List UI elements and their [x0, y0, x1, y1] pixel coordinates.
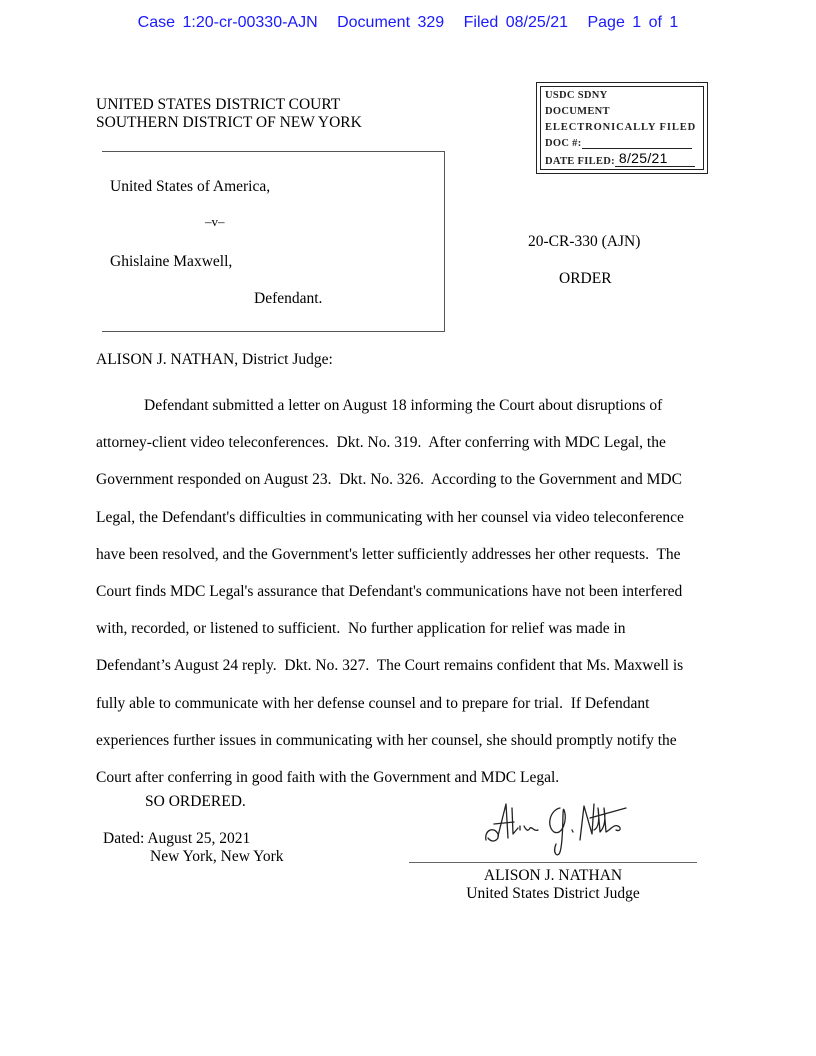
body-line: Defendant submitted a letter on August 1… — [96, 387, 712, 424]
order-body: Defendant submitted a letter on August 1… — [96, 387, 712, 796]
body-line: Court after conferring in good faith wit… — [96, 759, 712, 796]
body-line: Defendant’s August 24 reply. Dkt. No. 32… — [96, 647, 712, 684]
court-district: SOUTHERN DISTRICT OF NEW YORK — [96, 114, 362, 132]
body-line: experiences further issues in communicat… — [96, 722, 712, 759]
page-count-stamp: Page 1 of 1 — [587, 14, 678, 31]
body-line: attorney-client video teleconferences. D… — [96, 424, 712, 461]
body-line: Court finds MDC Legal's assurance that D… — [96, 573, 712, 610]
dated-block: Dated: August 25, 2021 New York, New Yor… — [103, 830, 284, 866]
stamp-doc-number: DOC #: — [545, 137, 692, 149]
stamp-doc-label: DOC #: — [545, 138, 582, 149]
body-line: Government responded on August 23. Dkt. … — [96, 461, 712, 498]
stamp-doc-value — [582, 137, 692, 149]
court-name: UNITED STATES DISTRICT COURT — [96, 96, 362, 114]
document-number-stamp: Document 329 — [337, 14, 444, 31]
defendant-name: Ghislaine Maxwell, — [110, 253, 232, 271]
signature-line — [409, 862, 697, 863]
body-line: with, recorded, or listened to sufficien… — [96, 610, 712, 647]
court-heading: UNITED STATES DISTRICT COURT SOUTHERN DI… — [96, 96, 362, 132]
dated-label: Dated: — [103, 830, 144, 847]
stamp-date-label: DATE FILED: — [545, 156, 615, 167]
stamp-usdc: USDC SDNY — [545, 90, 608, 101]
judge-name: ALISON J. NATHAN — [409, 867, 697, 885]
judge-signature — [480, 800, 650, 860]
so-ordered: SO ORDERED. — [145, 793, 246, 811]
case-number-stamp: Case 1:20-cr-00330-AJN — [138, 14, 318, 31]
case-number: 20-CR-330 (AJN) — [528, 233, 640, 251]
stamp-document: DOCUMENT — [545, 106, 610, 117]
stamp-electronically-filed: ELECTRONICALLY FILED — [545, 122, 696, 133]
body-line: have been resolved, and the Government's… — [96, 536, 712, 573]
document-title: ORDER — [559, 270, 612, 288]
defendant-role: Defendant. — [254, 290, 322, 308]
dated-location: New York, New York — [103, 848, 284, 866]
stamp-date-value: 8/25/21 — [615, 150, 695, 167]
judge-title: United States District Judge — [409, 885, 697, 903]
body-line: Legal, the Defendant's difficulties in c… — [96, 499, 712, 536]
body-line: fully able to communicate with her defen… — [96, 685, 712, 722]
ecf-header-stamp: Case 1:20-cr-00330-AJN Document 329 File… — [0, 14, 816, 32]
versus: –v– — [205, 214, 225, 230]
judge-intro: ALISON J. NATHAN, District Judge: — [96, 351, 333, 369]
dated-date: August 25, 2021 — [147, 830, 250, 847]
filed-date-stamp: Filed 08/25/21 — [464, 14, 568, 31]
signature-block: ALISON J. NATHAN United States District … — [409, 867, 697, 903]
plaintiff-name: United States of America, — [110, 178, 270, 196]
electronic-filing-stamp: USDC SDNY DOCUMENT ELECTRONICALLY FILED … — [536, 82, 708, 174]
stamp-date-filed: DATE FILED:8/25/21 — [545, 150, 695, 167]
